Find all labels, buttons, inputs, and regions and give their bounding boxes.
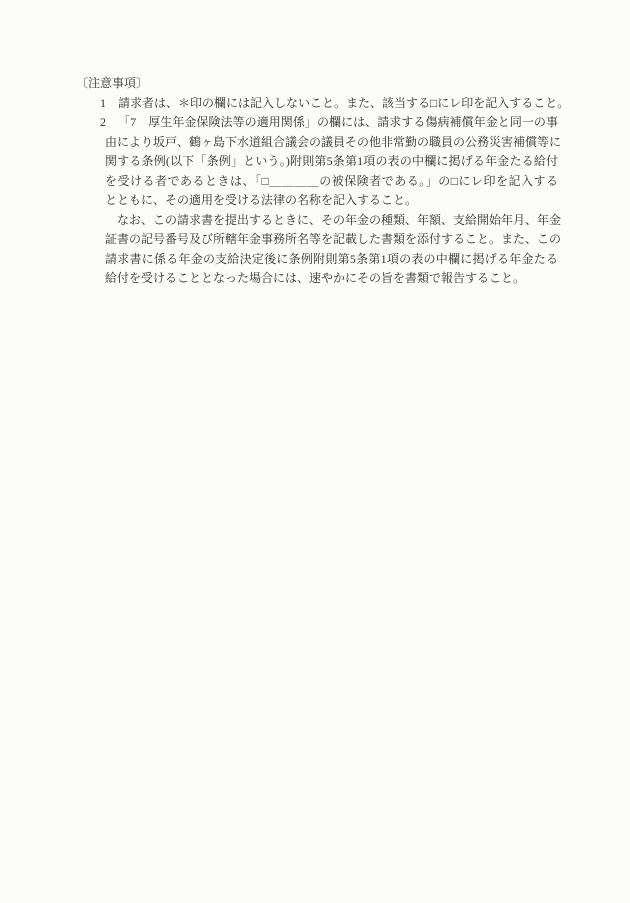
notice-item-2: 2「7 厚生年金保険法等の適用関係」の欄には、請求する傷病補償年金と同一の事 <box>76 113 558 133</box>
item-2-line-6: なお、この請求書を提出するときに、その年金の種類、年額、支給開始年月、年金 <box>76 211 558 231</box>
item-2-line-7: 証書の記号番号及び所轄年金事務所名等を記載した書類を添付すること。また、この <box>76 230 558 250</box>
item-2-line-1: 「7 厚生年金保険法等の適用関係」の欄には、請求する傷病補償年金と同一の事 <box>118 115 558 129</box>
item-2-line-4: を受ける者であるときは、「□＿＿＿＿の被保険者である。」の□にレ印を記入する <box>76 172 558 192</box>
notice-heading: 〔注意事項〕 <box>76 74 558 94</box>
item-2-line-3: 関する条例(以下「条例」という。)附則第5条第1項の表の中欄に掲げる年金たる給付 <box>76 152 558 172</box>
item-1-number: 1 <box>100 94 118 114</box>
notice-item-1: 1請求者は、＊印の欄には記入しないこと。また、該当する□にレ印を記入すること。 <box>76 94 558 114</box>
item-1-text: 請求者は、＊印の欄には記入しないこと。また、該当する□にレ印を記入すること。 <box>118 96 569 110</box>
item-2-number: 2 <box>100 113 118 133</box>
item-2-line-8: 請求書に係る年金の支給決定後に条例附則第5条第1項の表の中欄に掲げる年金たる <box>76 250 558 270</box>
notice-section: 〔注意事項〕 1請求者は、＊印の欄には記入しないこと。また、該当する□にレ印を記… <box>76 74 558 289</box>
item-2-line-2: 由により坂戸、鶴ヶ島下水道組合議会の議員その他非常勤の職員の公務災害補償等に <box>76 133 558 153</box>
document-page: 〔注意事項〕 1請求者は、＊印の欄には記入しないこと。また、該当する□にレ印を記… <box>0 0 630 903</box>
item-2-line-5: とともに、その適用を受ける法律の名称を記入すること。 <box>76 191 558 211</box>
item-2-line-9: 給付を受けることとなった場合には、速やかにその旨を書類で報告すること。 <box>76 269 558 289</box>
